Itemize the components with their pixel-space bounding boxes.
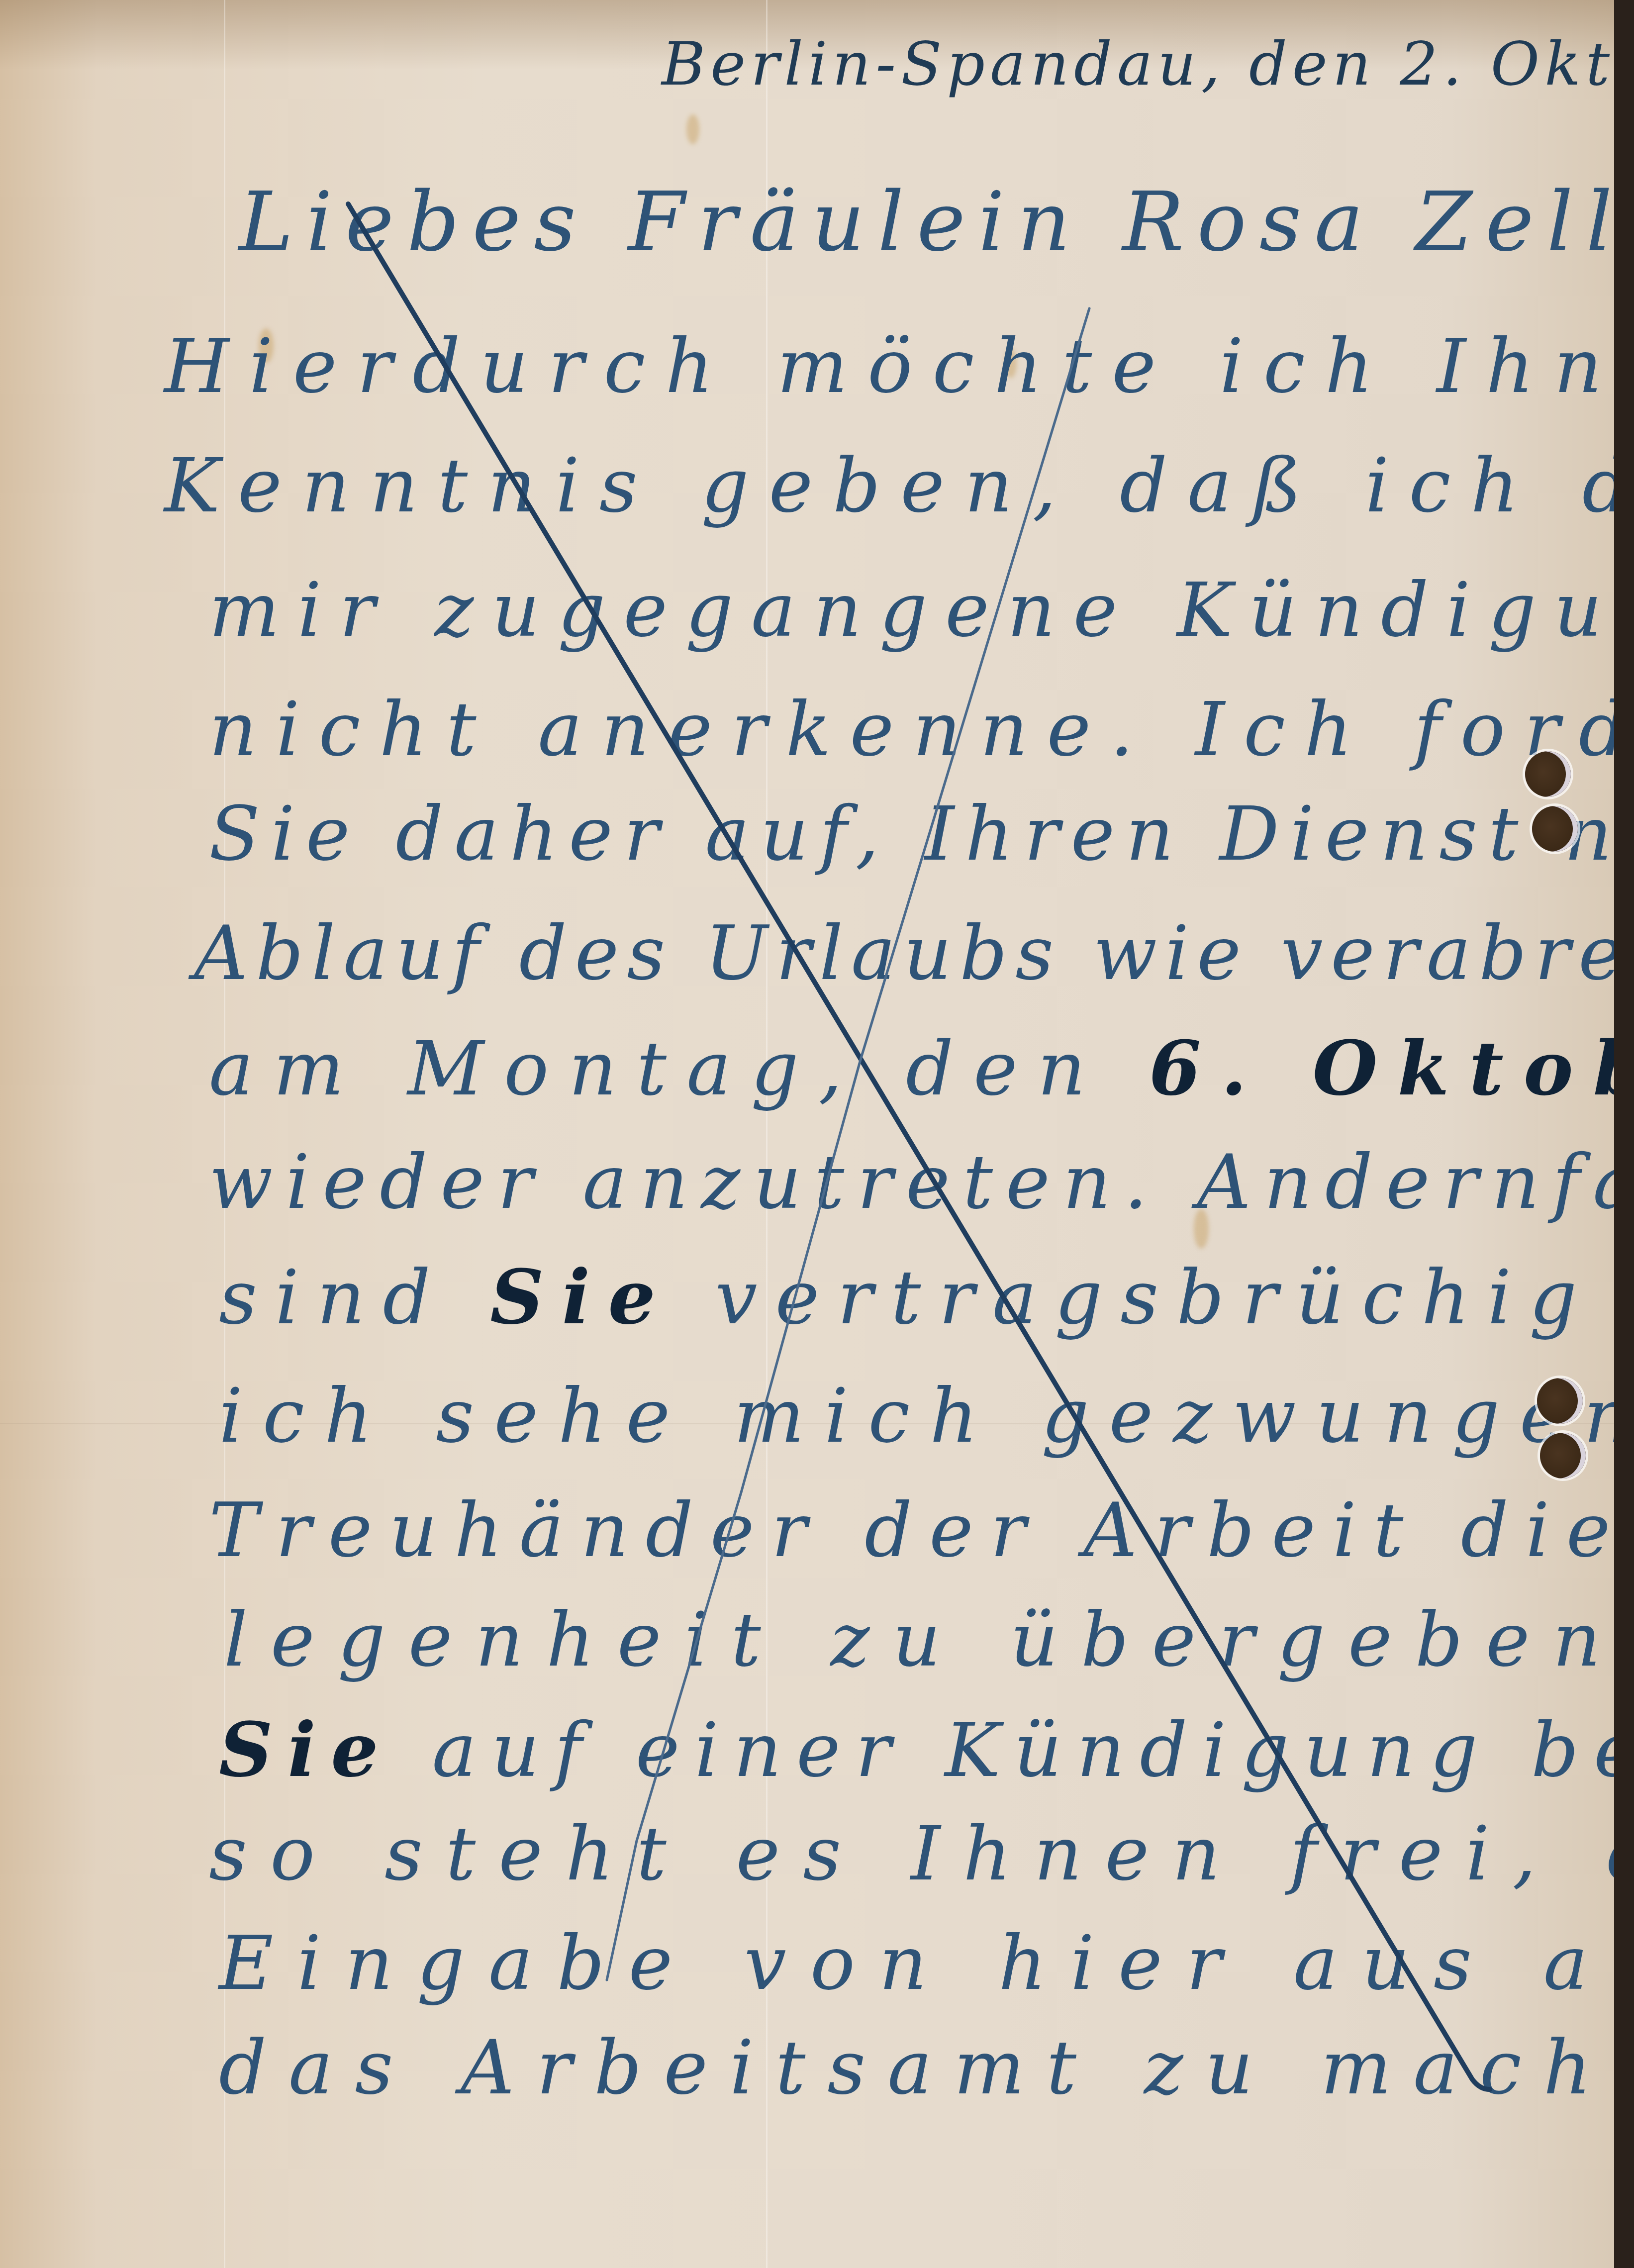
strike-line-secondary xyxy=(607,308,1089,1980)
strike-through-x xyxy=(0,0,1614,2268)
strike-line-main xyxy=(348,204,1490,2089)
letter-paper: Berlin-Spandau, den 2. Okt. 41. Liebes F… xyxy=(0,0,1614,2268)
